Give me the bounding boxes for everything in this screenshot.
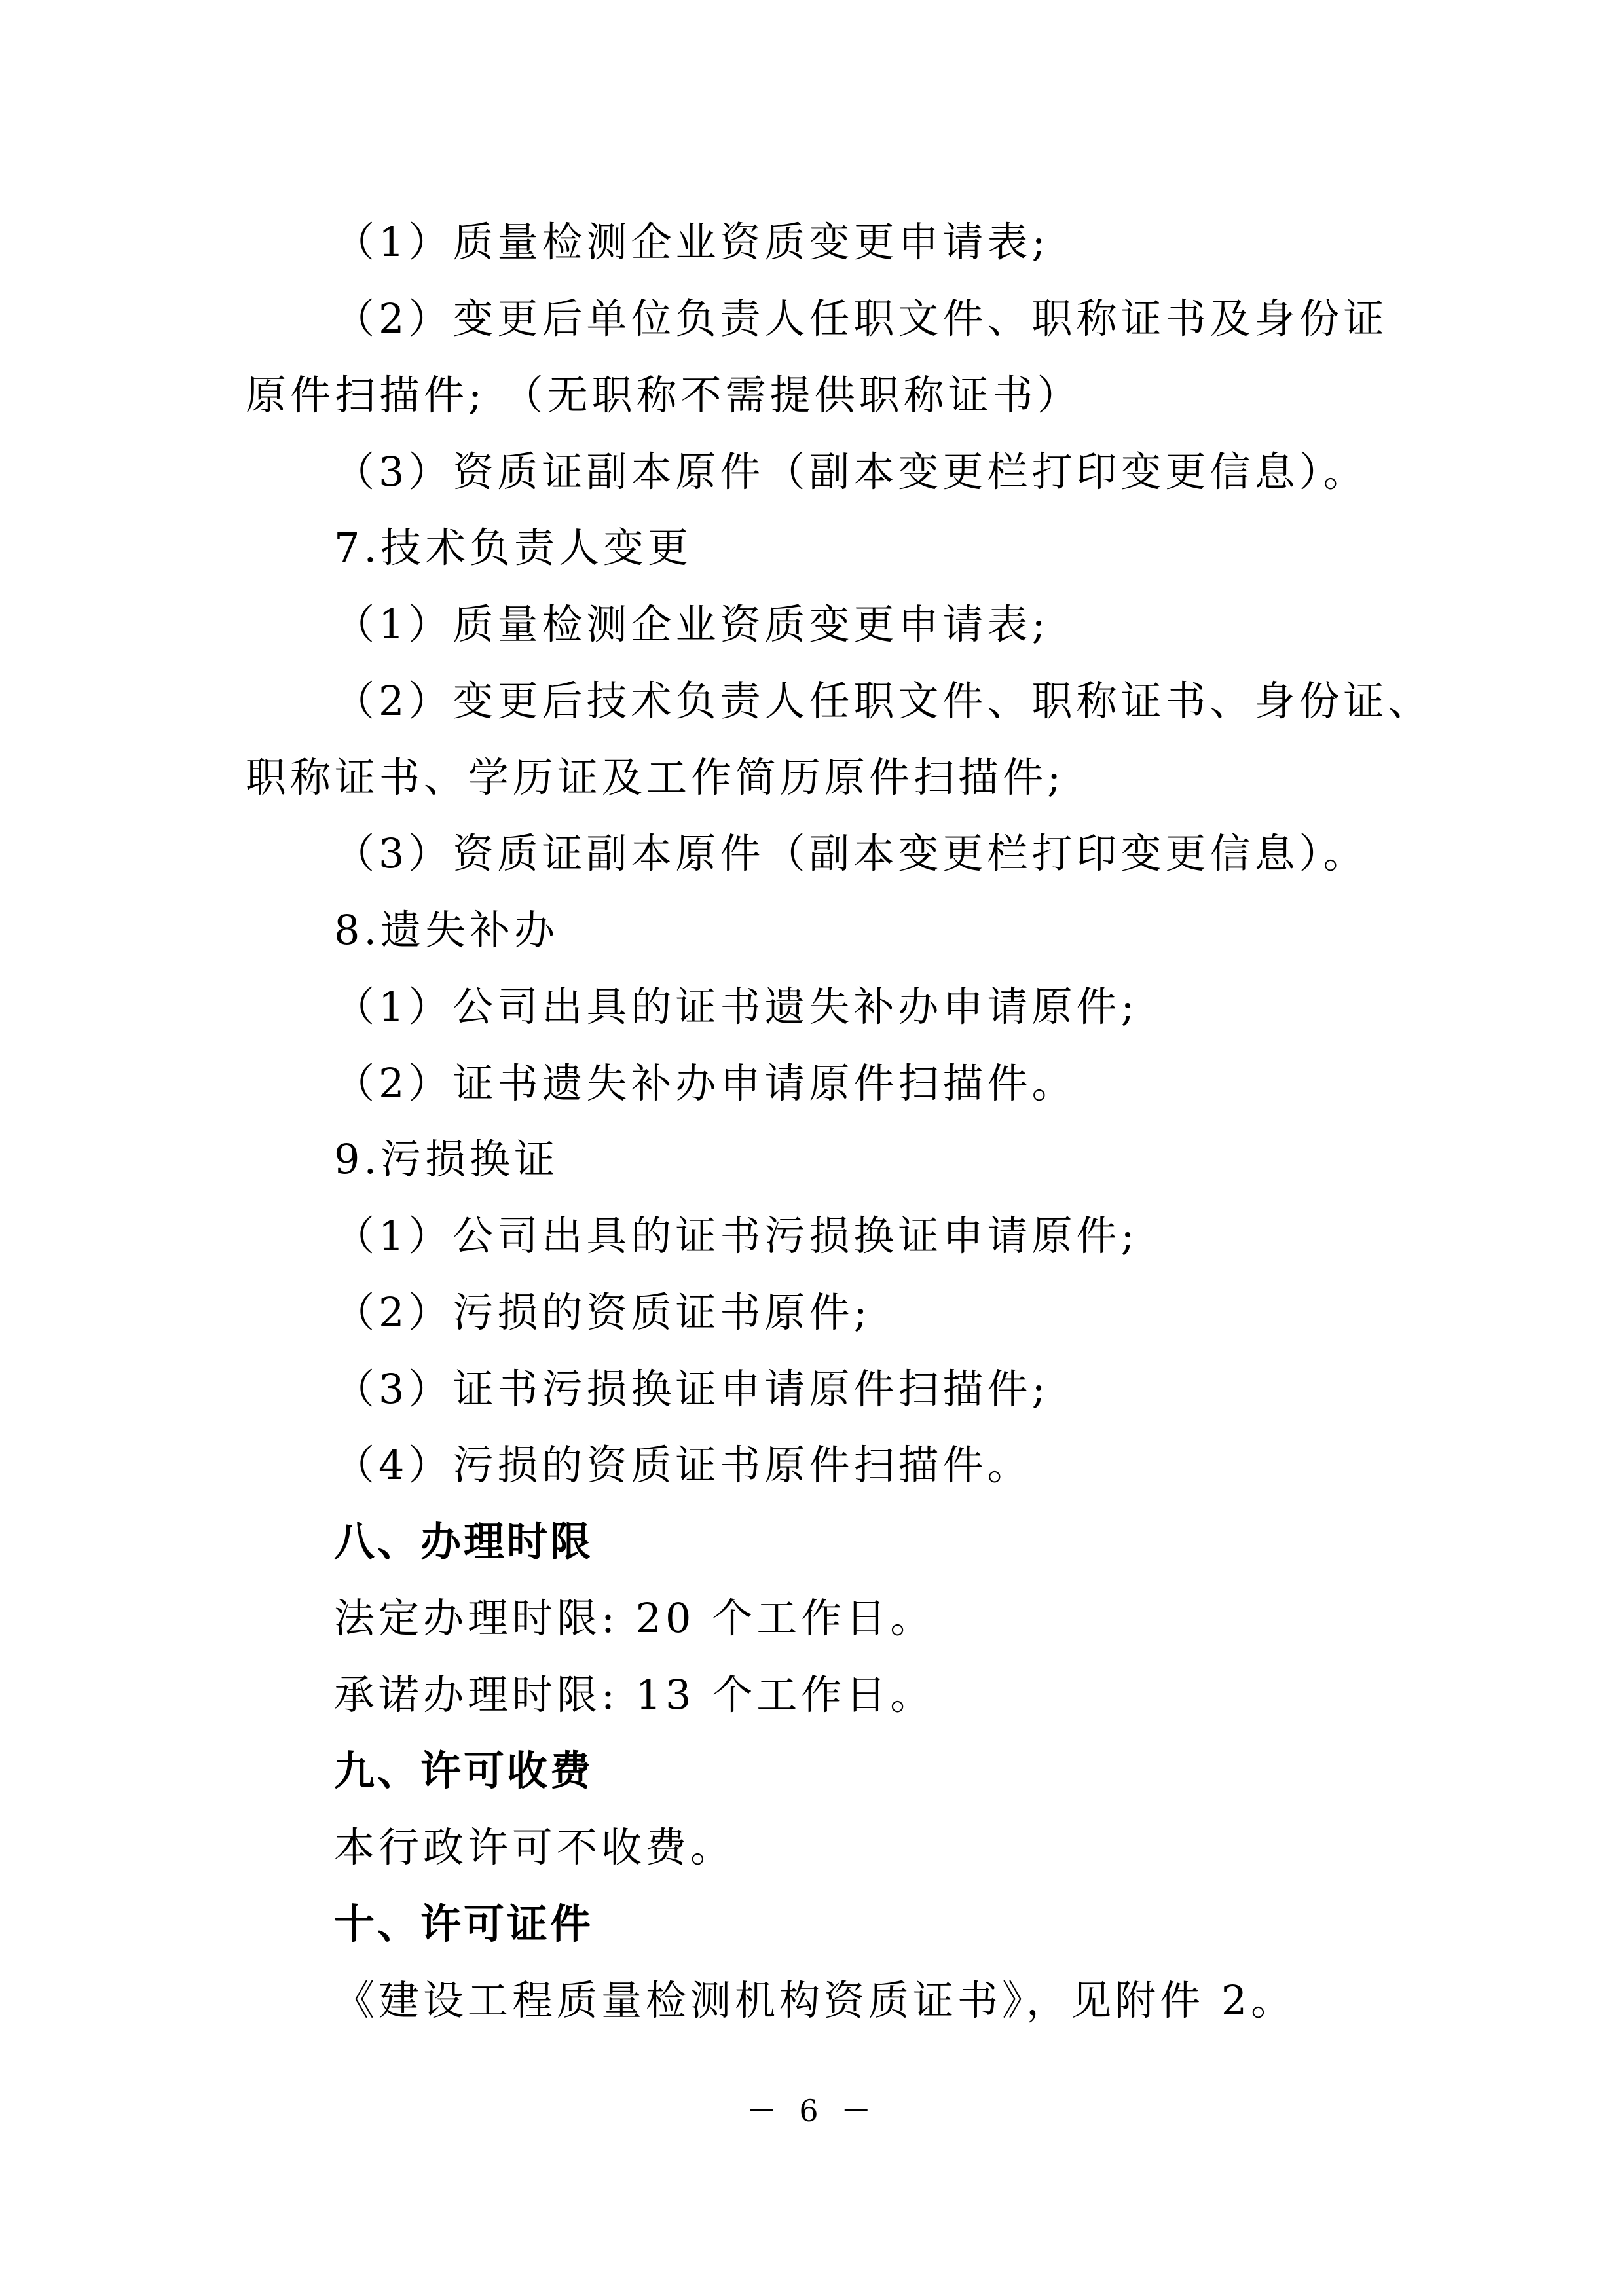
list-item: （4）污损的资质证书原件扫描件。 <box>334 1439 1031 1491</box>
section-heading: 八、办理时限 <box>334 1516 593 1568</box>
list-item-continuation: 职称证书、学历证及工作简历原件扫描件; <box>246 752 1065 804</box>
document-page: （1）质量检测企业资质变更申请表; （2）变更后单位负责人任职文件、职称证书及身… <box>0 0 1624 2296</box>
list-item: （1）质量检测企业资质变更申请表; <box>334 598 1049 651</box>
body-text: 本行政许可不收费。 <box>334 1821 735 1874</box>
list-item: （2）污损的资质证书原件; <box>334 1286 871 1339</box>
section-heading: 十、许可证件 <box>334 1898 593 1950</box>
subsection-title: 8.遗失补办 <box>334 904 559 957</box>
list-item-continuation: 原件扫描件; （无职称不需提供职称证书） <box>246 369 1082 422</box>
list-item: （2）证书遗失补办申请原件扫描件。 <box>334 1057 1076 1110</box>
list-item: （2）变更后单位负责人任职文件、职称证书及身份证 <box>334 293 1388 345</box>
body-text: 法定办理时限: 20 个工作日。 <box>334 1592 934 1645</box>
list-item: （3）资质证副本原件（副本变更栏打印变更信息）。 <box>334 446 1367 498</box>
subsection-title: 9.污损换证 <box>334 1133 559 1186</box>
list-item: （1）质量检测企业资质变更申请表; <box>334 216 1049 268</box>
body-text: 《建设工程质量检测机构资质证书》，见附件 2。 <box>334 1975 1295 2027</box>
list-item: （1）公司出具的证书遗失补办申请原件; <box>334 981 1138 1033</box>
subsection-title: 7.技术负责人变更 <box>334 522 692 574</box>
body-text: 承诺办理时限: 13 个工作日。 <box>334 1669 934 1721</box>
list-item: （3）证书污损换证申请原件扫描件; <box>334 1363 1049 1415</box>
list-item: （3）资质证副本原件（副本变更栏打印变更信息）。 <box>334 828 1367 880</box>
section-heading: 九、许可收费 <box>334 1745 593 1797</box>
page-number: － 6 － <box>0 2087 1624 2130</box>
list-item: （2）变更后技术负责人任职文件、职称证书、身份证、 <box>334 675 1432 727</box>
list-item: （1）公司出具的证书污损换证申请原件; <box>334 1210 1138 1262</box>
